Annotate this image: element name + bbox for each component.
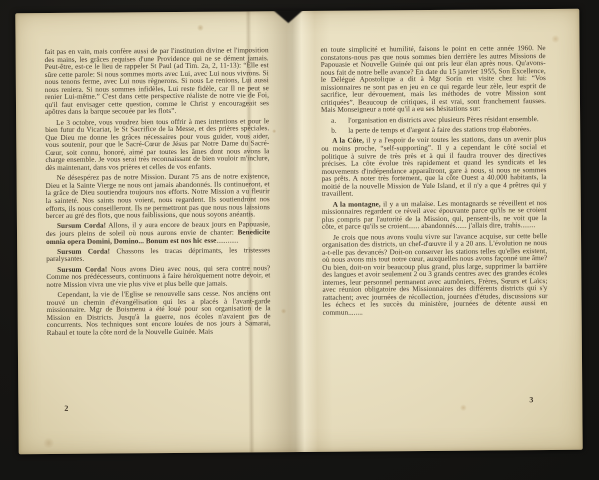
paragraph: Ne désespérez pas de notre Mission. Dura… (46, 174, 270, 221)
list-marker: a. (331, 117, 346, 125)
text-run: fait pas en vain, mais confère aussi de … (45, 46, 269, 116)
list-item: a.l'organisation en districts avec plusi… (331, 116, 546, 125)
booklet-spread: fait pas en vain, mais confère aussi de … (15, 9, 582, 454)
text-run: Le 3 octobre, vous voudrez bien tous off… (45, 117, 269, 172)
fold-notch (273, 10, 303, 23)
paragraph: Sursum Corda! Nous avons Dieu avec nous,… (46, 265, 270, 289)
text-run: il y a l'espoir de voir toutes les stati… (321, 135, 546, 198)
text-run: en toute simplicité et humilité, faisons… (321, 44, 546, 114)
text-run: Cependant, la vie de l'Eglise se renouve… (47, 289, 271, 336)
paragraph: Sursum Corda! Chassons les tracas déprim… (46, 247, 270, 264)
page-number-left: 2 (64, 404, 68, 413)
scan-background: fait pas en vain, mais confère aussi de … (0, 0, 599, 480)
list-marker: b. (331, 128, 346, 136)
paragraph: en toute simplicité et humilité, faisons… (321, 45, 547, 115)
page-right-text: en toute simplicité et humilité, faisons… (321, 45, 548, 320)
list-item-text: l'organisation en districts avec plusieu… (346, 116, 546, 125)
paragraph: A la Côte, il y a l'espoir de voir toute… (321, 136, 546, 198)
paragraph: Sursum Corda! Allons, il y aura encore d… (46, 222, 270, 246)
paragraph: fait pas en vain, mais confère aussi de … (45, 47, 270, 117)
text-run: l'organisation en districts avec plusieu… (348, 115, 539, 124)
page-number-right: 3 (529, 395, 533, 404)
list-item-text: la perte de temps et d'argent à faire de… (346, 126, 546, 135)
list-item: b.la perte de temps et d'argent à faire … (331, 126, 546, 135)
text-run: ............ (216, 236, 238, 244)
page-left-text: fait pas en vain, mais confère aussi de … (45, 47, 271, 340)
paragraph: Le 3 octobre, vous voudrez bien tous off… (45, 118, 269, 173)
text-run: Ne désespérez pas de notre Mission. Dura… (46, 173, 270, 220)
paragraph: Je crois que nous avons voulu vivre sur … (322, 233, 548, 318)
paragraph: A la montagne, il y a un malaise. Les mo… (322, 200, 547, 232)
text-run: la perte de temps et d'argent à faire de… (348, 125, 531, 134)
text-run: Je crois que nous avons voulu vivre sur … (322, 232, 548, 317)
paragraph: Cependant, la vie de l'Eglise se renouve… (46, 290, 270, 337)
